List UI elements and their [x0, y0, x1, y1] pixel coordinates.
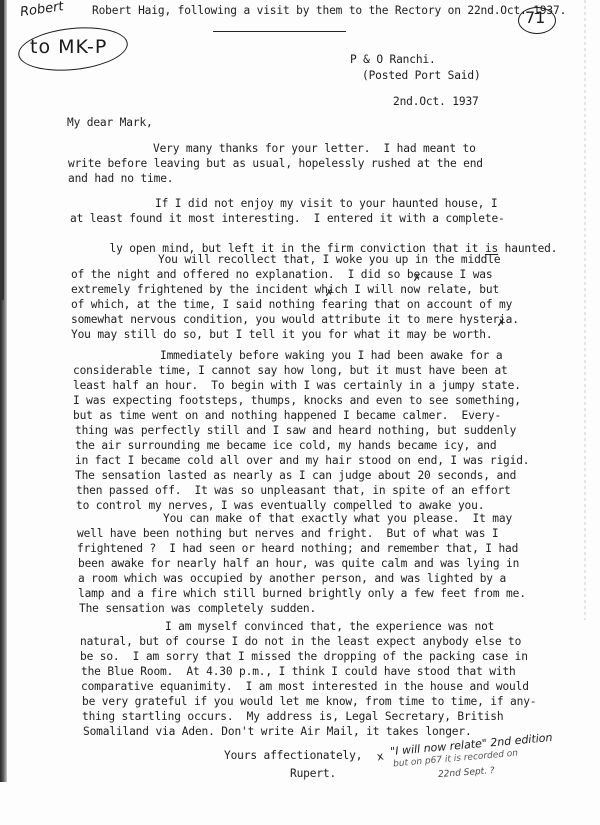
text-segment: haunted. [498, 242, 557, 255]
text-line: least half an hour. To begin with I was … [73, 378, 521, 393]
text-line: be so. I am sorry that I missed the drop… [80, 649, 528, 664]
text-line: Very many thanks for your letter. I had … [153, 141, 476, 156]
text-line: natural, but of course I do not in the l… [80, 634, 521, 649]
text-line: thing was perfectly still and I saw and … [75, 423, 516, 438]
text-line: I am myself convinced that, the experien… [165, 619, 494, 634]
text-line: You will recollect that, I woke you up i… [158, 252, 500, 267]
text-line: been awake for nearly half an hour, was … [78, 556, 519, 571]
text-line: You can make of that exactly what you pl… [163, 511, 512, 526]
text-line: and had no time. [68, 171, 173, 186]
signature: Rupert. [290, 766, 336, 781]
text-line: a room which was occupied by another per… [78, 571, 506, 586]
text-line: then passed off. It was so unpleasant th… [76, 483, 511, 498]
circled-note: to MK-P [30, 36, 107, 58]
address-ship: P & O Ranchi. [350, 52, 436, 67]
letter-page: Robert Haig, following a visit by them t… [0, 0, 600, 825]
margin-note-x: x [376, 750, 385, 764]
text-line: be very grateful if you would let me kno… [82, 694, 536, 709]
scan-right-border [584, 0, 586, 620]
text-line: comparative equanimity. I am most intere… [81, 679, 529, 694]
text-line: in fact I became cold all over and my ha… [75, 453, 529, 468]
closing: Yours affectionately, [224, 748, 362, 763]
text-line: somewhat nervous condition, you would at… [71, 312, 519, 327]
text-line: I was expecting footsteps, thumps, knock… [73, 393, 521, 408]
text-line: considerable time, I cannot say how long… [73, 363, 508, 378]
text-line: write before leaving but as usual, hopel… [68, 156, 483, 171]
text-line: the air surrounding me became ice cold, … [75, 438, 496, 453]
page-number: 71 [525, 8, 545, 27]
text-line: If I did not enjoy my visit to your haun… [155, 196, 497, 211]
address-posted: (Posted Port Said) [362, 68, 481, 83]
text-line: The sensation was completely sudden. [79, 601, 316, 616]
text-line: Somaliland via Aden. Don't write Air Mai… [83, 724, 472, 739]
margin-note-line-3: 22nd Sept. ? [438, 766, 495, 780]
x-mark-icon: ✗ [497, 318, 505, 329]
scan-left-border-dark [0, 0, 4, 300]
text-line: lamp and a fire which still burned brigh… [78, 586, 526, 601]
x-mark-icon: ✗ [413, 273, 421, 284]
text-line: You may still do so, but I tell it you f… [71, 327, 492, 342]
header-line: Robert Haig, following a visit by them t… [92, 3, 566, 18]
handwritten-name: Robert [19, 0, 66, 20]
text-line: the Blue Room. At 4.30 p.m., I think I c… [81, 664, 516, 679]
text-line: thing startling occurs. My address is, L… [82, 709, 503, 724]
text-line: of the night and offered no explanation.… [71, 267, 492, 282]
text-line: The sensation lasted as nearly as I can … [75, 468, 516, 483]
text-line: well have been nothing but nerves and fr… [77, 526, 498, 541]
header-rule [213, 31, 346, 32]
text-line: at least found it most interesting. I en… [70, 211, 505, 226]
text-line: but as time went on and nothing happened… [73, 408, 501, 423]
text-line: extremely frightened by the incident whi… [71, 282, 499, 297]
x-mark-icon: ✗ [325, 288, 333, 299]
text-line: of which, at the time, I said nothing fe… [71, 297, 512, 312]
letter-date: 2nd.Oct. 1937 [393, 94, 479, 109]
salutation: My dear Mark, [67, 115, 153, 130]
text-line: Immediately before waking you I had been… [160, 348, 502, 363]
text-line: frightened ? I had seen or heard nothing… [77, 541, 518, 556]
